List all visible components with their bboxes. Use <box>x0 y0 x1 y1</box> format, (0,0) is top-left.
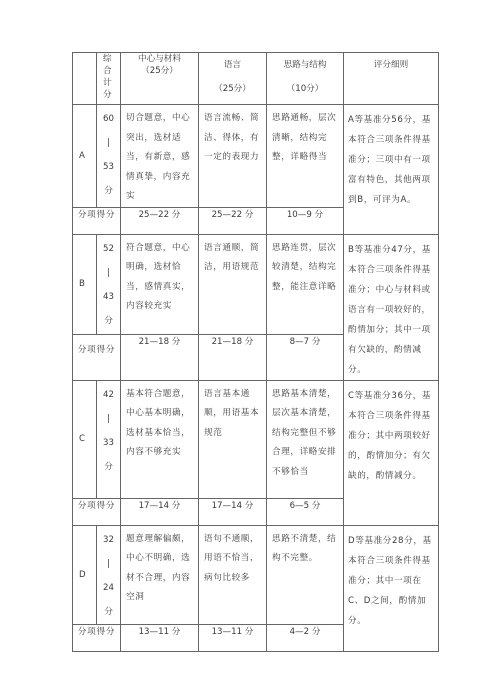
range-low: 43 <box>97 285 120 309</box>
header-total-label: 综合计分 <box>103 54 112 100</box>
structure-desc: 思路连贯，层次较清楚，结构完整，能注意详略 <box>267 234 344 334</box>
header-language-points: （25分） <box>199 77 266 101</box>
subtotal-label: 分项得分 <box>73 498 121 525</box>
range-unit: 分 <box>97 309 120 333</box>
language-desc: 语言通顺，简洁，用语规范 <box>199 234 267 334</box>
grade-label: C <box>73 380 97 498</box>
range-low: 24 <box>97 576 120 600</box>
subtotal-structure: 8—7 分 <box>267 334 344 380</box>
header-language-label: 语言 <box>199 53 266 77</box>
range-separator: | <box>97 261 120 285</box>
subtotal-label: 分项得分 <box>73 624 121 651</box>
header-rules: 评分细则 <box>344 53 439 105</box>
header-total-score: 综合计分 <box>97 53 121 105</box>
range-unit: 分 <box>97 455 120 479</box>
header-structure: 思路与结构 （10分） <box>267 53 344 105</box>
subtotal-center-material: 13—11 分 <box>121 624 199 651</box>
scoring-rule: D等基准分28分，基本符合三项条件得基准分；其中一项在C、D之间，酌情加分。 <box>344 525 439 651</box>
range-separator: | <box>97 131 120 155</box>
header-center-material-points: （25分） <box>121 65 198 77</box>
header-structure-label: 思路与结构 <box>267 53 343 77</box>
grade-label: A <box>73 105 97 208</box>
structure-desc: 思路不清楚，结构不完整。 <box>267 525 344 624</box>
structure-desc: 思路通畅，层次清晰，结构完整，详略得当 <box>267 105 344 208</box>
header-center-material-label: 中心与材料 <box>121 53 198 65</box>
subtotal-structure: 10—9 分 <box>267 207 344 234</box>
scoring-rule: B等基准分47分，基本符合三项条件得基准分；中心与材料或语言有一项较好的，酌情加… <box>344 234 439 380</box>
subtotal-language: 21—18 分 <box>199 334 267 380</box>
subtotal-center-material: 25—22 分 <box>121 207 199 234</box>
range-low: 53 <box>97 155 120 179</box>
header-rules-label: 评分细则 <box>344 53 438 77</box>
document-page: 综合计分 中心与材料 （25分） 语言 （25分） 思路与结构 （10分） 评分… <box>0 0 495 700</box>
subtotal-center-material: 17—14 分 <box>121 498 199 525</box>
range-high: 42 <box>97 383 120 407</box>
grade-row-a: A 60 | 53 分 切合题意，中心突出，选材适当，有新意，感情真挚，内容充实… <box>73 105 439 208</box>
center-material-desc: 题意理解偏颇，中心不明确，选材不合理，内容空洞 <box>121 525 199 624</box>
grade-row-d: D 32 | 24 分 题意理解偏颇，中心不明确，选材不合理，内容空洞 语句不通… <box>73 525 439 624</box>
scoring-rule: A等基准分56分，基本符合三项条件得基准分；三项中有一项富有特色，其他两项到B，… <box>344 105 439 235</box>
subtotal-label: 分项得分 <box>73 207 121 234</box>
header-row: 综合计分 中心与材料 （25分） 语言 （25分） 思路与结构 （10分） 评分… <box>73 53 439 105</box>
subtotal-label: 分项得分 <box>73 334 121 380</box>
range-high: 60 <box>97 107 120 131</box>
subtotal-structure: 4—2 分 <box>267 624 344 651</box>
subtotal-language: 17—14 分 <box>199 498 267 525</box>
header-center-material: 中心与材料 （25分） <box>121 53 199 105</box>
score-range: 60 | 53 分 <box>97 105 121 208</box>
scoring-rule: C等基准分36分，基本符合三项条件得基准分；其中两项较好的，酌情加分；有欠缺的，… <box>344 380 439 525</box>
grade-row-b: B 52 | 43 分 符合题意，中心明确，选材恰当，感情真实，内容较充实 语言… <box>73 234 439 334</box>
header-grade-blank <box>73 53 97 105</box>
grade-label: B <box>73 234 97 334</box>
language-desc: 语句不通顺，用语不恰当，病句比较多 <box>199 525 267 624</box>
range-separator: | <box>97 552 120 576</box>
range-separator: | <box>97 407 120 431</box>
language-desc: 语言基本通顺，用语基本规范 <box>199 380 267 498</box>
structure-desc: 思路基本清楚，层次基本清楚，结构完整但不够合理，详略安排不够恰当 <box>267 380 344 498</box>
subtotal-language: 13—11 分 <box>199 624 267 651</box>
range-unit: 分 <box>97 600 120 624</box>
range-high: 32 <box>97 528 120 552</box>
score-range: 32 | 24 分 <box>97 525 121 624</box>
header-language: 语言 （25分） <box>199 53 267 105</box>
header-structure-points: （10分） <box>267 77 343 101</box>
language-desc: 语言流畅、简洁、得体，有一定的表现力 <box>199 105 267 208</box>
range-unit: 分 <box>97 179 120 203</box>
center-material-desc: 基本符合题意，中心基本明确，选材基本恰当，内容不够充实 <box>121 380 199 498</box>
subtotal-language: 25—22 分 <box>199 207 267 234</box>
grade-row-c: C 42 | 33 分 基本符合题意，中心基本明确，选材基本恰当，内容不够充实 … <box>73 380 439 498</box>
score-range: 52 | 43 分 <box>97 234 121 334</box>
center-material-desc: 符合题意，中心明确，选材恰当，感情真实，内容较充实 <box>121 234 199 334</box>
subtotal-center-material: 21—18 分 <box>121 334 199 380</box>
grading-rubric-table: 综合计分 中心与材料 （25分） 语言 （25分） 思路与结构 （10分） 评分… <box>72 52 439 652</box>
grade-label: D <box>73 525 97 624</box>
score-range: 42 | 33 分 <box>97 380 121 498</box>
range-low: 33 <box>97 431 120 455</box>
range-high: 52 <box>97 237 120 261</box>
subtotal-structure: 6—5 分 <box>267 498 344 525</box>
center-material-desc: 切合题意，中心突出，选材适当，有新意，感情真挚，内容充实 <box>121 105 199 208</box>
